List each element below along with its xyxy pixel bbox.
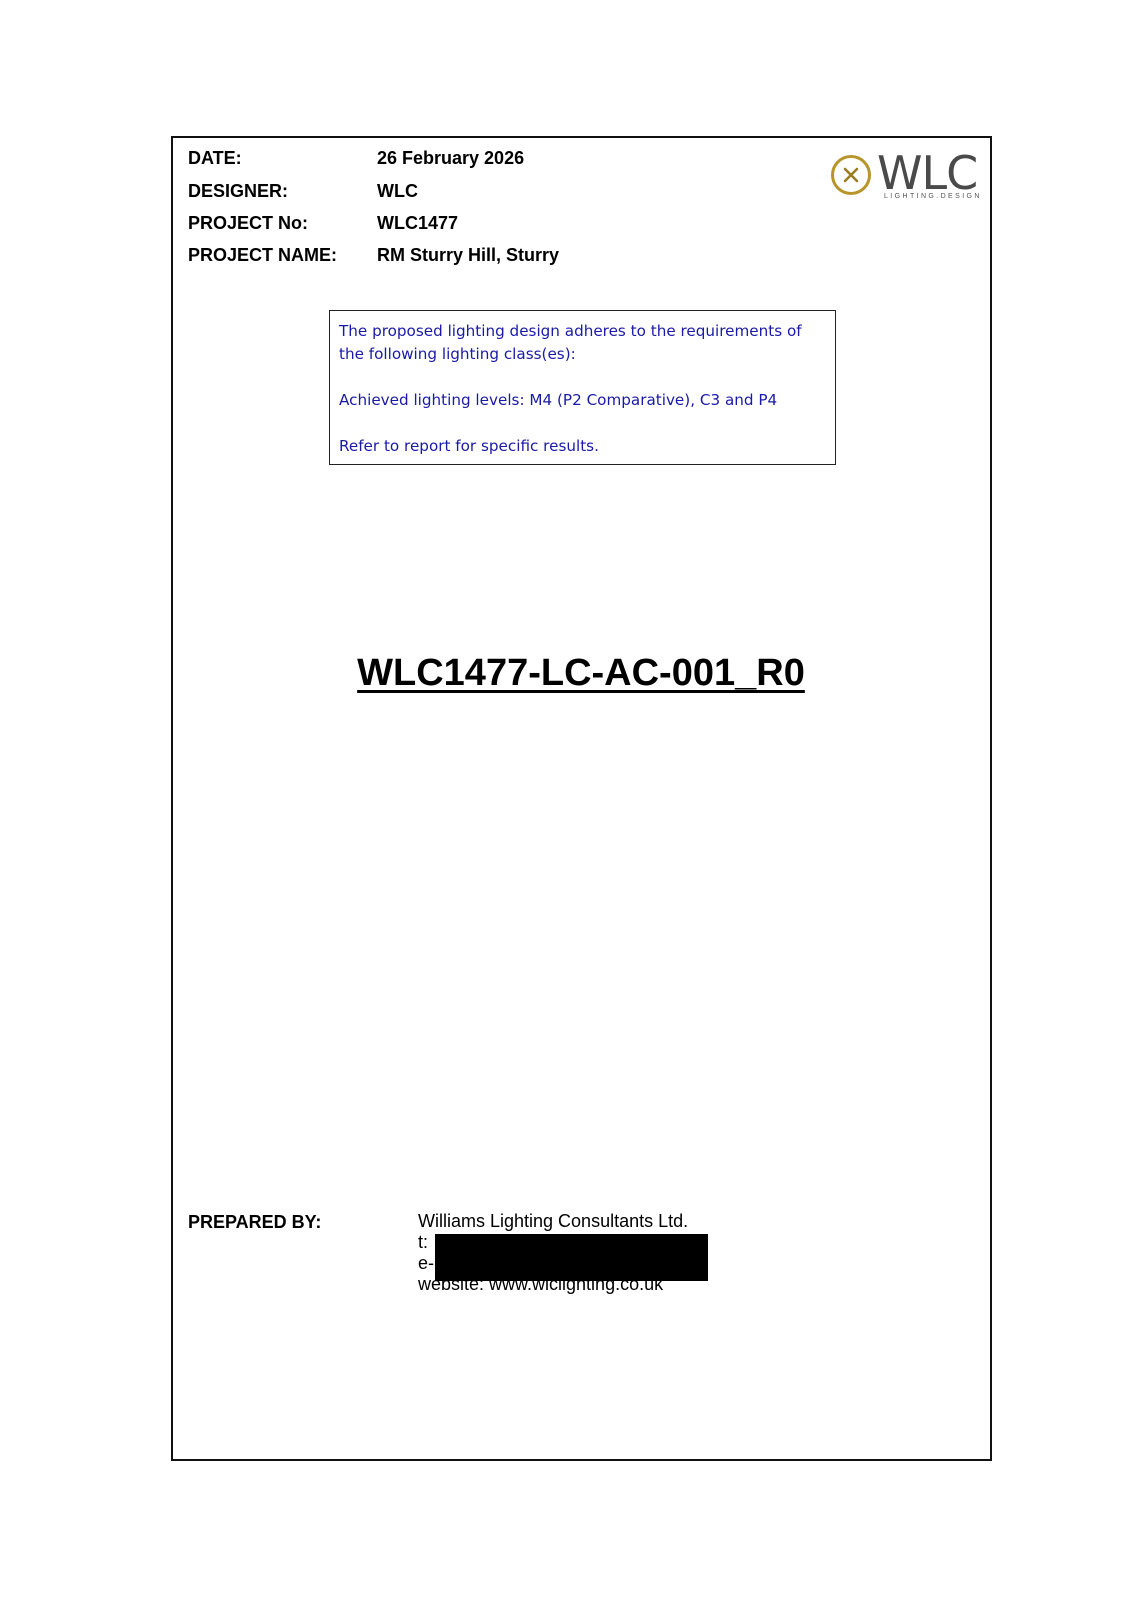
- redaction-block: [435, 1234, 708, 1281]
- compliance-statement-box: The proposed lighting design adheres to …: [329, 310, 836, 465]
- project-no-label: PROJECT No:: [188, 212, 308, 234]
- circle-x-icon: [831, 155, 871, 195]
- date-label: DATE:: [188, 147, 242, 169]
- designer-value: WLC: [377, 180, 418, 202]
- compliance-refer-note: Refer to report for specific results.: [339, 435, 827, 458]
- compliance-achieved-levels: Achieved lighting levels: M4 (P2 Compara…: [339, 389, 827, 412]
- prepared-by-label: PREPARED BY:: [188, 1212, 321, 1233]
- wlc-logo: WLC LIGHTING.DESIGN: [831, 152, 981, 204]
- company-name: Williams Lighting Consultants Ltd.: [418, 1211, 688, 1232]
- document-title: WLC1477-LC-AC-001_R0: [0, 652, 1131, 695]
- project-name-value: RM Sturry Hill, Sturry: [377, 244, 559, 266]
- logo-wordmark: WLC: [877, 146, 977, 200]
- project-name-label: PROJECT NAME:: [188, 244, 337, 266]
- designer-label: DESIGNER:: [188, 180, 288, 202]
- date-value: 26 February 2026: [377, 147, 524, 169]
- compliance-intro: The proposed lighting design adheres to …: [339, 320, 827, 366]
- project-no-value: WLC1477: [377, 212, 458, 234]
- logo-tagline: LIGHTING.DESIGN: [884, 193, 982, 200]
